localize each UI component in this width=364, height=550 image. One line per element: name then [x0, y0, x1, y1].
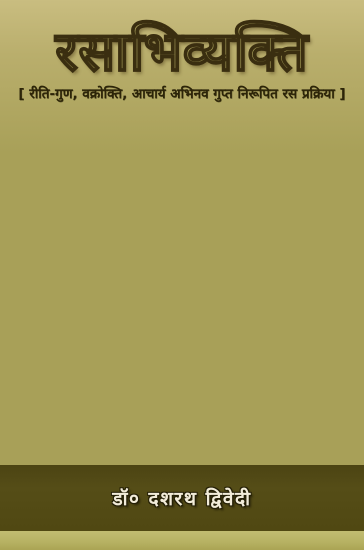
book-subtitle: [ रीति-गुण, वक्रोक्ति, आचार्य अभिनव गुप्… — [0, 84, 364, 102]
bottom-strip — [0, 531, 364, 550]
book-title: रसाभिव्यक्ति — [0, 12, 364, 86]
book-cover: रसाभिव्यक्ति [ रीति-गुण, वक्रोक्ति, आचार… — [0, 0, 364, 550]
author-name: डॉ० दशरथ द्विवेदी — [112, 485, 251, 511]
author-band: डॉ० दशरथ द्विवेदी — [0, 465, 364, 531]
